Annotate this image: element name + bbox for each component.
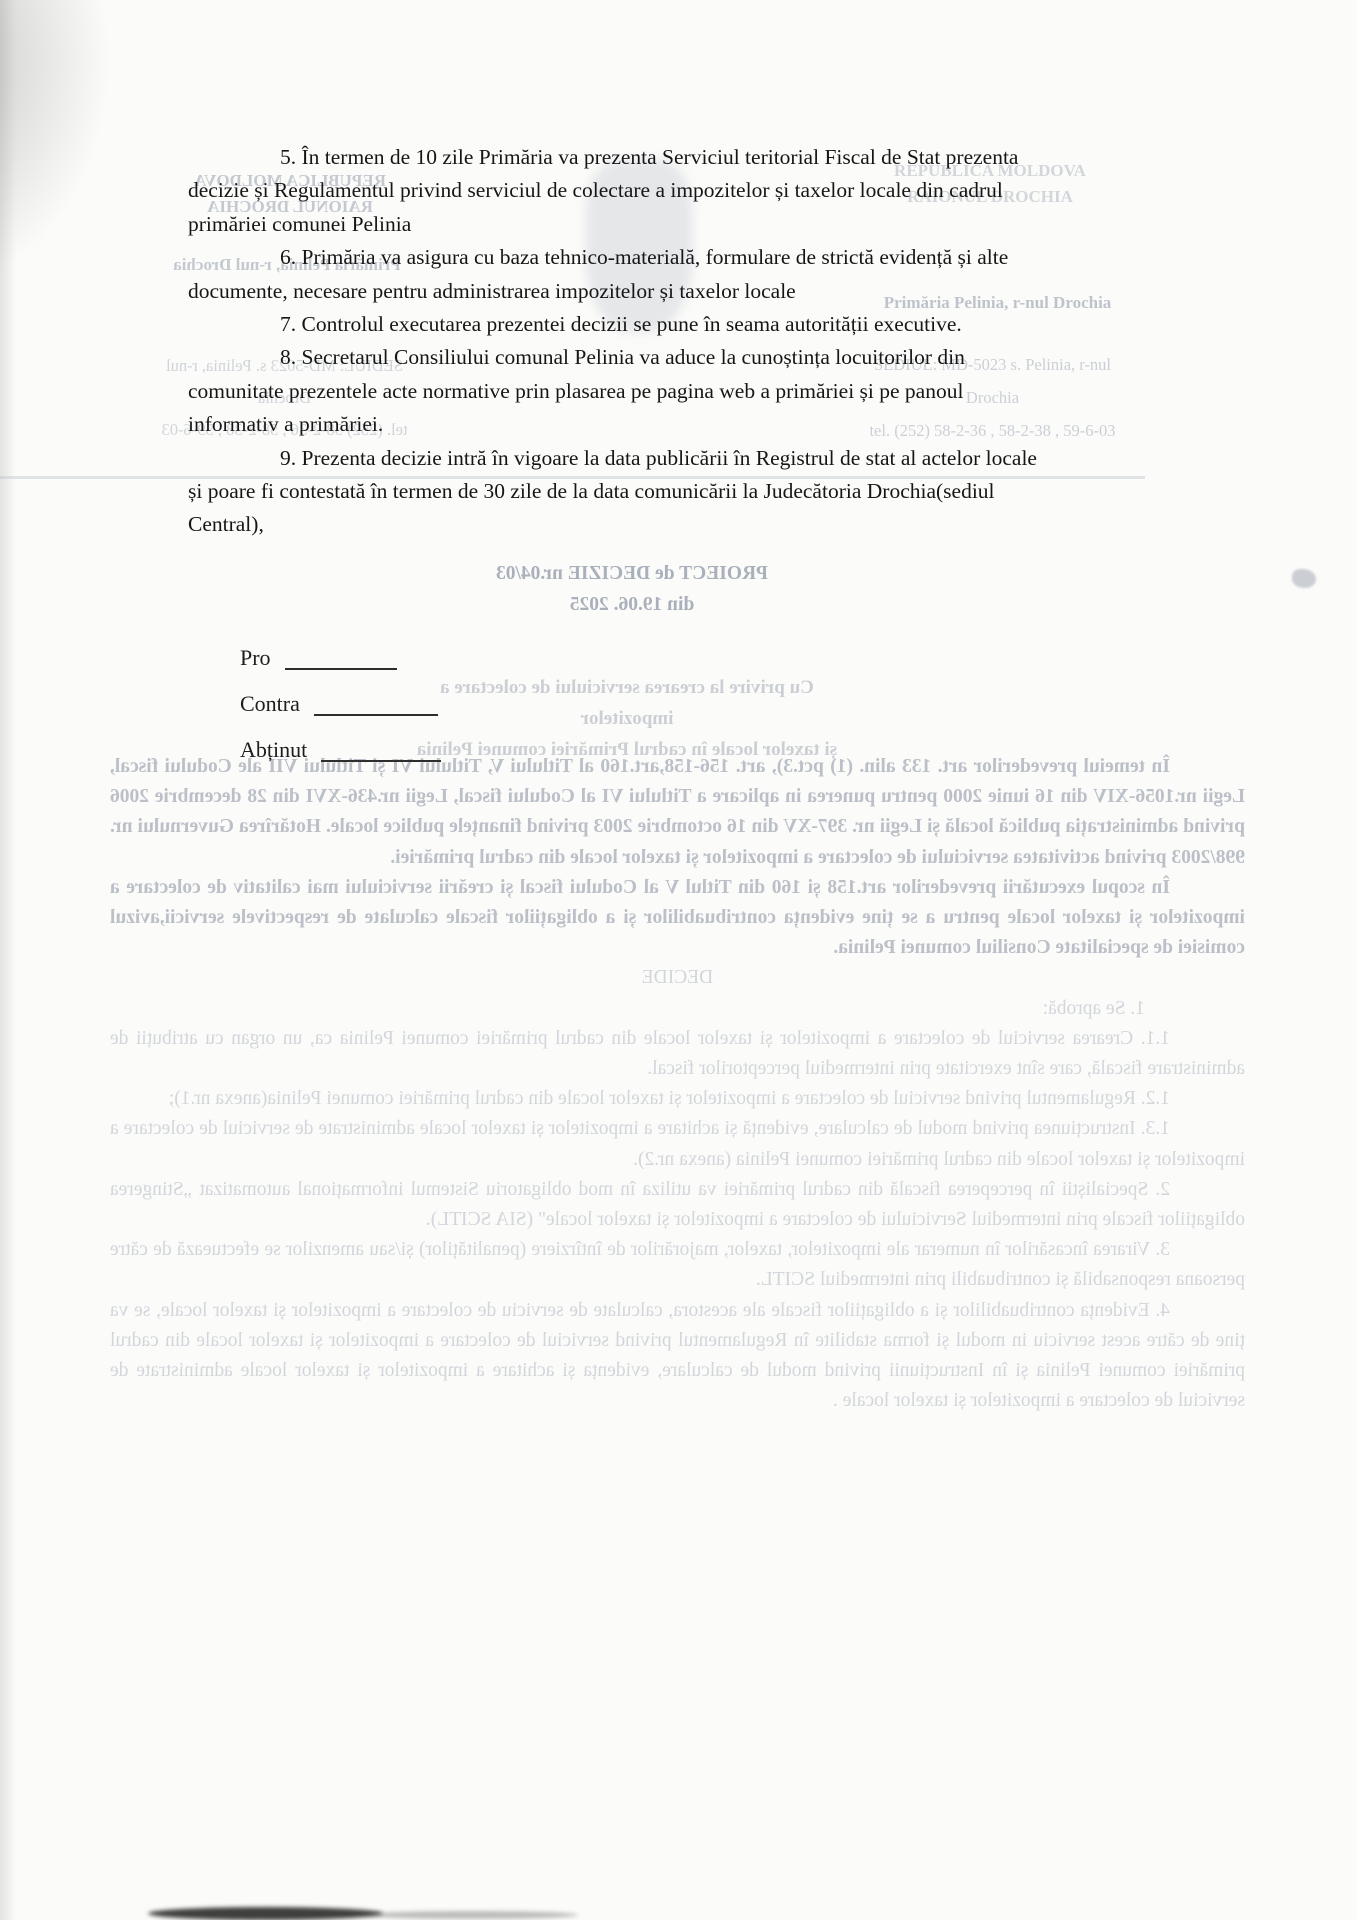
vote-label-abtinut: Abținut	[240, 737, 307, 762]
verso-paragraph: 1. Se aprobă:	[110, 994, 1245, 1024]
front-paragraph: 5. În termen de 10 zile Primăria va prez…	[188, 141, 1021, 241]
scan-edge-shadow	[0, 0, 16, 1920]
verso-body: În temeiul prevederilor art. 133 alin. (…	[110, 752, 1245, 1416]
front-line: 5. În termen de 10 zile Primăria va prez…	[188, 141, 1021, 174]
verso-paragraph: 1.3. Instrucțiunea privind modul de calc…	[110, 1114, 1245, 1174]
verso-subtitle-line: Cu privire la crearea serviciului de col…	[397, 672, 857, 734]
front-line: comunitate prezentele acte normative pri…	[188, 375, 1021, 408]
scanned-page: REPUBLICA MOLDOVA RAIONUL DROCHIA Primăr…	[0, 0, 1357, 1920]
front-line: decizie și Regulamentul privind serviciu…	[188, 174, 1021, 207]
front-line: 7. Controlul executarea prezentei decizi…	[188, 308, 1021, 341]
verso-title: PROIECT de DECIZIE nr.04/03 din 19.06. 2…	[412, 558, 852, 620]
verso-paragraph: 3. Virarea încasărilor în numerar ale im…	[110, 1235, 1245, 1295]
verso-title-line: din 19.06. 2025	[412, 589, 852, 620]
vote-label-contra: Contra	[240, 691, 300, 716]
verso-paragraph: În scopul executării prevederilor art.15…	[110, 873, 1245, 964]
vote-row-contra: Contra	[240, 691, 441, 737]
vote-row-abtinut: Abținut	[240, 737, 441, 783]
front-line: primăriei comunei Pelinia	[188, 208, 1021, 241]
verso-paragraph: 1.1. Crearea serviciul de colectare a im…	[110, 1024, 1245, 1084]
front-text: 5. În termen de 10 zile Primăria va prez…	[188, 141, 1021, 542]
scan-smudge	[368, 1911, 578, 1919]
scan-spot-artifact	[1292, 569, 1316, 588]
front-line: documente, necesare pentru administrarea…	[188, 275, 1021, 308]
front-line: și poare fi contestată în termen de 30 z…	[188, 475, 1021, 508]
front-paragraph: 9. Prezenta decizie intră în vigoare la …	[188, 442, 1021, 542]
front-line: 8. Secretarul Consiliului comunal Pelini…	[188, 341, 1021, 374]
front-line: 9. Prezenta decizie intră în vigoare la …	[188, 442, 1021, 475]
vote-row-pro: Pro	[240, 645, 441, 691]
scan-smudge	[148, 1907, 383, 1920]
front-paragraph: 8. Secretarul Consiliului comunal Pelini…	[188, 341, 1021, 441]
verso-paragraph: DECIDE	[110, 963, 1245, 993]
vote-blank-line	[285, 668, 397, 670]
front-line: 6. Primăria va asigura cu baza tehnico-m…	[188, 241, 1021, 274]
vote-label-pro: Pro	[240, 645, 271, 670]
front-paragraph: 7. Controlul executarea prezentei decizi…	[188, 308, 1021, 341]
verso-paragraph: 1.2. Regulamentul privind serviciul de c…	[110, 1084, 1245, 1114]
front-line: Central),	[188, 508, 1021, 541]
vote-blank-line	[314, 714, 438, 716]
vote-section: Pro Contra Abținut	[240, 645, 441, 783]
vote-blank-line	[321, 760, 441, 762]
front-line: informativ a primăriei.	[188, 408, 1021, 441]
verso-title-line: PROIECT de DECIZIE nr.04/03	[412, 558, 852, 589]
verso-paragraph: 4. Evidența contribuabililor și a obliga…	[110, 1296, 1245, 1417]
verso-subtitle: Cu privire la crearea serviciului de col…	[397, 672, 857, 765]
verso-paragraph: 2. Specialiștii în perceperea fiscală di…	[110, 1175, 1245, 1235]
verso-subtitle-line: și taxelor locale în cadrul Primăriei co…	[397, 734, 857, 765]
front-paragraph: 6. Primăria va asigura cu baza tehnico-m…	[188, 241, 1021, 308]
